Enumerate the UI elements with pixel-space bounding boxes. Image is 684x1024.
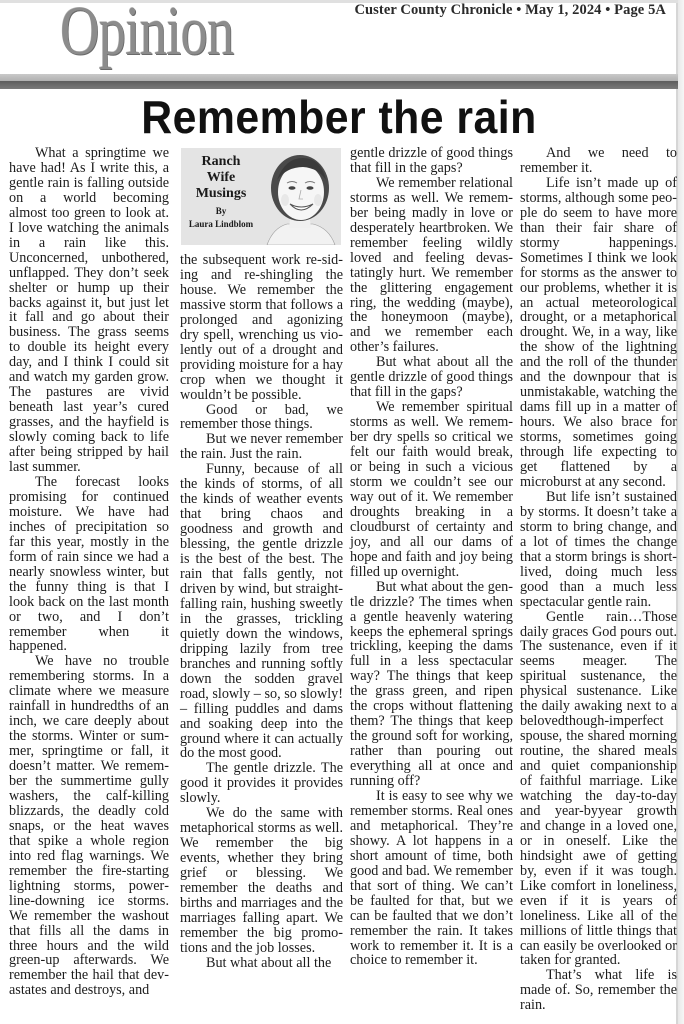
page-edge-shadow bbox=[678, 0, 684, 1024]
paragraph: gentle drizzle of good things that fill … bbox=[350, 146, 513, 176]
paragraph: But we never remember the rain. Just the… bbox=[180, 432, 343, 462]
paragraph: Gentle rain…Those daily graces God pours… bbox=[520, 610, 677, 969]
article-column-4: And we need to remem­ber it. Life isn’t … bbox=[520, 146, 677, 1013]
paragraph: We remember spiritual storms as well. We… bbox=[350, 400, 513, 579]
paragraph: We have no trouble remembering storms. I… bbox=[9, 654, 169, 998]
paragraph: We do the same with metaphorical storms … bbox=[180, 806, 343, 956]
column-name-line3: Musings bbox=[181, 186, 261, 202]
author-portrait-image bbox=[263, 150, 337, 245]
byline-by: By bbox=[181, 204, 261, 218]
paragraph: But life isn’t sustained by storms. It d… bbox=[520, 490, 677, 610]
article-column-3: gentle drizzle of good things that fill … bbox=[350, 146, 513, 968]
article-column-1: What a springtime we have had! As I writ… bbox=[9, 146, 169, 998]
section-title: Opinion bbox=[60, 0, 234, 67]
paragraph: We remember relational storms as well. W… bbox=[350, 176, 513, 355]
paragraph: It is easy to see why we remember storms… bbox=[350, 789, 513, 968]
masthead-info: Custer County Chronicle • May 1, 2024 • … bbox=[354, 2, 666, 19]
paragraph: the subsequent work re-sid­ing and re-sh… bbox=[180, 253, 343, 403]
header-rule-light bbox=[0, 74, 678, 81]
paragraph: But what about all the bbox=[180, 956, 343, 971]
headline: Remember the rain bbox=[24, 94, 655, 140]
paragraph: Funny, because of all the kinds of storm… bbox=[180, 462, 343, 761]
article-column-2: the subsequent work re-sid­ing and re-sh… bbox=[180, 253, 343, 971]
paragraph: But what about the gen­tle drizzle? The … bbox=[350, 580, 513, 789]
author-name: Laura Lindblom bbox=[181, 218, 261, 230]
column-logo-box: Ranch Wife Musings By Laura Lindblom bbox=[181, 148, 341, 245]
paragraph: Life isn’t made up of storms, although s… bbox=[520, 176, 677, 490]
paragraph: And we need to remem­ber it. bbox=[520, 146, 677, 176]
column-byline: Ranch Wife Musings By Laura Lindblom bbox=[181, 154, 261, 230]
column-name-line1: Ranch bbox=[181, 154, 261, 170]
paragraph: What a springtime we have had! As I writ… bbox=[9, 146, 169, 475]
paragraph: But what about all the gentle drizzle of… bbox=[350, 355, 513, 400]
paragraph: That’s what life is made of. So, remembe… bbox=[520, 968, 677, 1013]
column-name-line2: Wife bbox=[181, 170, 261, 186]
paragraph: The gentle drizzle. The good it provides… bbox=[180, 761, 343, 806]
header-rule-dark bbox=[0, 81, 678, 89]
newspaper-page: Opinion Custer County Chronicle • May 1,… bbox=[0, 0, 678, 1024]
paragraph: The forecast looks prom­ising for contin… bbox=[9, 475, 169, 654]
paragraph: Good or bad, we remem­ber those things. bbox=[180, 403, 343, 433]
